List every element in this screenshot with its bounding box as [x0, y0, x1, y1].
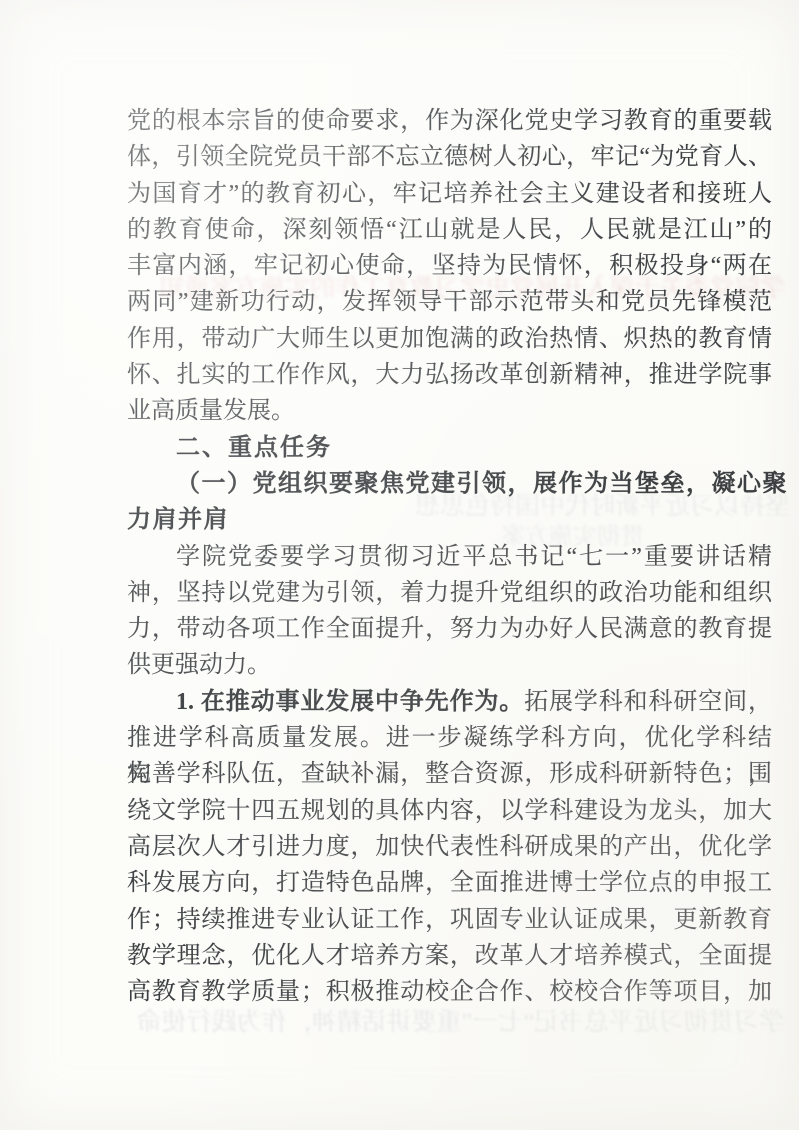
text-segment: 神，坚持以党建为引领，着力提升党组织的政治功能和组织	[127, 580, 772, 606]
text-line: 供更强动力。	[127, 647, 772, 683]
text-line: 丰富内涵，牢记初心使命，坚持为民情怀，积极投身“两在	[127, 248, 772, 284]
text-line: 科发展方向，打造特色品牌，全面推进博士学位点的申报工	[127, 865, 772, 901]
text-line: 怀、扎实的工作作风，大力弘扬改革创新精神，推进学院事	[127, 357, 772, 393]
text-segment: 高教育教学质量；积极推动校企合作、校校合作等项目，加	[127, 979, 772, 1005]
text-segment: 两同”建新功行动，发挥领导干部示范带头和党员先锋模范	[127, 289, 772, 315]
text-segment: （一）党组织要聚焦党建引领，展作为当堡垒，凝心聚	[176, 471, 788, 497]
text-line: 学院党委要学习贯彻习近平总书记“七一”重要讲话精	[127, 539, 772, 575]
heading-line: 二、重点任务	[127, 430, 772, 466]
text-segment: 党的根本宗旨的使命要求，作为深化党史学习教育的重要载	[127, 108, 772, 134]
text-segment: 1. 在推动事业发展中争先作为。	[176, 689, 524, 715]
text-line: 绕文学院十四五规划的具体内容，以学科建设为龙头，加大	[127, 793, 772, 829]
text-segment: 科发展方向，打造特色品牌，全面推进博士学位点的申报工	[127, 870, 772, 896]
text-segment: 体，引领全院党员干部不忘立德树人初心，牢记“为党育人、	[127, 144, 772, 170]
heading-line: （一）党组织要聚焦党建引领，展作为当堡垒，凝心聚	[127, 466, 772, 502]
text-segment: 高层次人才引进力度，加快代表性科研成果的产出，优化学	[127, 834, 772, 860]
text-segment: 丰富内涵，牢记初心使命，坚持为民情怀，积极投身“两在	[127, 253, 772, 279]
text-line: 作用，带动广大师生以更加饱满的政治热情、炽热的教育情	[127, 321, 772, 357]
document-page: 学院党委关于深入开展党史学习教育工作的实施方案通知坚持以习近平新时代中国特色思想…	[0, 0, 799, 1130]
text-line: 完善学科队伍，查缺补漏，整合资源，形成科研新特色；围	[127, 756, 772, 792]
text-line: 1. 在推动事业发展中争先作为。拓展学科和科研空间，	[127, 684, 772, 720]
text-line: 高教育教学质量；积极推动校企合作、校校合作等项目，加	[127, 974, 772, 1010]
text-line: 两同”建新功行动，发挥领导干部示范带头和党员先锋模范	[127, 284, 772, 320]
text-line: 体，引领全院党员干部不忘立德树人初心，牢记“为党育人、	[127, 139, 772, 175]
text-line: 教学理念，优化人才培养方案，改革人才培养模式，全面提	[127, 938, 772, 974]
heading-line: 力肩并肩	[127, 502, 772, 538]
text-segment: 二、重点任务	[176, 434, 332, 461]
text-segment: 为国育才”的教育初心，牢记培养社会主义建设者和接班人	[127, 181, 772, 207]
text-segment: 怀、扎实的工作作风，大力弘扬改革创新精神，推进学院事	[127, 362, 772, 388]
text-line: 作；持续推进专业认证工作，巩固专业认证成果，更新教育	[127, 902, 772, 938]
text-segment: 的教育使命，深刻领悟“江山就是人民，人民就是江山”的	[127, 217, 772, 243]
text-segment: 业高质量发展。	[127, 398, 295, 424]
text-line: 业高质量发展。	[127, 393, 772, 429]
text-segment: 完善学科队伍，查缺补漏，整合资源，形成科研新特色；围	[127, 761, 772, 787]
text-segment: 拓展学科和科研空间，	[524, 689, 772, 715]
text-segment: 绕文学院十四五规划的具体内容，以学科建设为龙头，加大	[127, 798, 772, 824]
text-segment: 供更强动力。	[127, 652, 271, 678]
text-segment: 作用，带动广大师生以更加饱满的政治热情、炽热的教育情	[127, 326, 772, 352]
text-segment: 教学理念，优化人才培养方案，改革人才培养模式，全面提	[127, 943, 772, 969]
text-line: 力，带动各项工作全面提升，努力为办好人民满意的教育提	[127, 611, 772, 647]
text-line: 高层次人才引进力度，加快代表性科研成果的产出，优化学	[127, 829, 772, 865]
text-segment: 力肩并肩	[127, 507, 229, 533]
text-segment: 学院党委要学习贯彻习近平总书记“七一”重要讲话精	[176, 544, 772, 570]
text-line: 为国育才”的教育初心，牢记培养社会主义建设者和接班人	[127, 176, 772, 212]
text-segment: 力，带动各项工作全面提升，努力为办好人民满意的教育提	[127, 616, 772, 642]
text-line: 神，坚持以党建为引领，着力提升党组织的政治功能和组织	[127, 575, 772, 611]
text-segment: 作；持续推进专业认证工作，巩固专业认证成果，更新教育	[127, 907, 772, 933]
text-line: 的教育使命，深刻领悟“江山就是人民，人民就是江山”的	[127, 212, 772, 248]
text-line: 党的根本宗旨的使命要求，作为深化党史学习教育的重要载	[127, 103, 772, 139]
document-text-block: 党的根本宗旨的使命要求，作为深化党史学习教育的重要载体，引领全院党员干部不忘立德…	[127, 103, 772, 1010]
text-line: 推进学科高质量发展。进一步凝练学科方向，优化学科结构，	[127, 720, 772, 756]
